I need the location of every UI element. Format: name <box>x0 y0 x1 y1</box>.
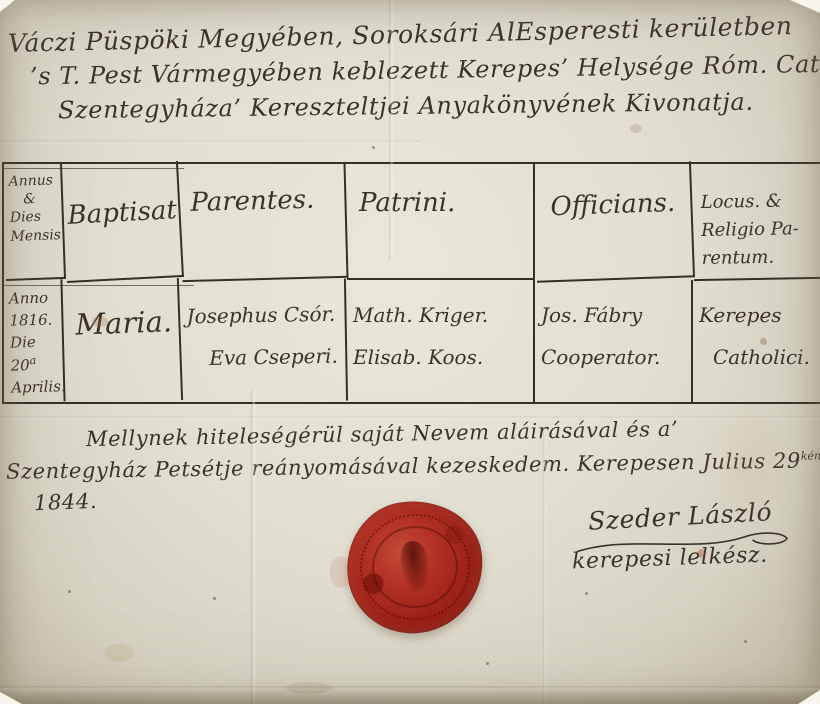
title-line-1: Váczi Püspöki Megyében, Soroksári AlEspe… <box>8 11 793 58</box>
header-locus-religio: Locus. & Religio Pa- rentum. <box>692 163 820 281</box>
entry-text: Cooperator. <box>541 336 691 378</box>
paper-crease <box>0 416 820 420</box>
entry-text: Kerepes <box>699 294 820 336</box>
header-text: Annus <box>8 171 59 191</box>
header-annus-dies-mensis: Annus & Dies Mensis <box>2 163 66 281</box>
entry-text: Die <box>10 331 63 354</box>
entry-text: Josephus Csór. <box>186 293 345 338</box>
baptismal-certificate-document: Váczi Püspöki Megyében, Soroksári AlEspe… <box>0 0 820 704</box>
header-patrini: Patrini. <box>347 164 535 280</box>
header-text: Dies <box>10 207 61 227</box>
header-text: rentum. <box>701 243 820 273</box>
ink-speck <box>486 662 489 665</box>
entry-text: 1816. <box>9 309 62 332</box>
ink-speck <box>372 146 375 149</box>
entry-text: Math. Kriger. <box>353 294 533 336</box>
header-text: Locus. & <box>700 187 819 217</box>
attestation-year: 1844. <box>34 489 98 515</box>
header-text: & <box>9 189 60 209</box>
ink-speck <box>744 640 747 643</box>
red-wax-seal <box>338 492 491 642</box>
paper-stain <box>104 644 134 662</box>
header-parentes: Parentes. <box>180 162 349 282</box>
entry-baptized-name: Maria. <box>62 278 183 404</box>
day-number: 20 <box>10 356 30 374</box>
ink-speck <box>68 590 71 593</box>
paper-stain <box>630 124 642 133</box>
entry-text: Aprilis. <box>11 376 64 399</box>
ink-speck <box>585 592 588 595</box>
title-line-3: Szentegyháza’ Kereszteltjei Anyakönyvéne… <box>58 88 754 124</box>
entry-text: Catholici. <box>699 336 820 378</box>
title-line-2: ’s T. Pest Vármegyében keblezett Kerepes… <box>30 50 820 91</box>
entry-officiant: Jos. Fábry Cooperator. <box>535 280 693 402</box>
entry-date: Anno 1816. Die 20a Aprilis. <box>2 279 65 403</box>
attestation-line-2: Szentegyház Petsétje reányomásával kezes… <box>6 448 820 483</box>
paper-crease <box>0 140 420 144</box>
entry-text: 20a <box>10 353 63 378</box>
attestation-line-1: Mellynek hiteleségérül saját Nevem aláir… <box>86 417 679 451</box>
paper-edge-shadow <box>0 688 820 704</box>
header-baptisatus: Baptisatus <box>61 161 184 283</box>
paper-crease <box>0 686 820 690</box>
paper-stain <box>286 682 332 694</box>
entry-godparents: Math. Kriger. Elisab. Koos. <box>347 280 535 402</box>
date-suffix: kén <box>801 449 820 462</box>
entry-text: Jos. Fábry <box>541 294 691 336</box>
baptism-register-table: Annus & Dies Mensis Baptisatus Parentes.… <box>2 162 820 404</box>
entry-locus-religio: Kerepes Catholici. <box>693 280 820 402</box>
entry-text: Elisab. Koos. <box>353 336 533 378</box>
header-officians: Officians. <box>533 161 695 282</box>
entry-text: Anno <box>9 287 62 310</box>
header-text: Mensis <box>10 226 61 246</box>
day-suffix: a <box>29 354 36 367</box>
ink-speck <box>213 597 216 600</box>
header-text: Religio Pa- <box>701 215 820 245</box>
entry-parents: Josephus Csór. Eva Cseperi. <box>180 279 348 404</box>
attestation-text: Szentegyház Petsétje reányomásával kezes… <box>6 449 801 484</box>
entry-text: Eva Cseperi. <box>187 335 346 380</box>
